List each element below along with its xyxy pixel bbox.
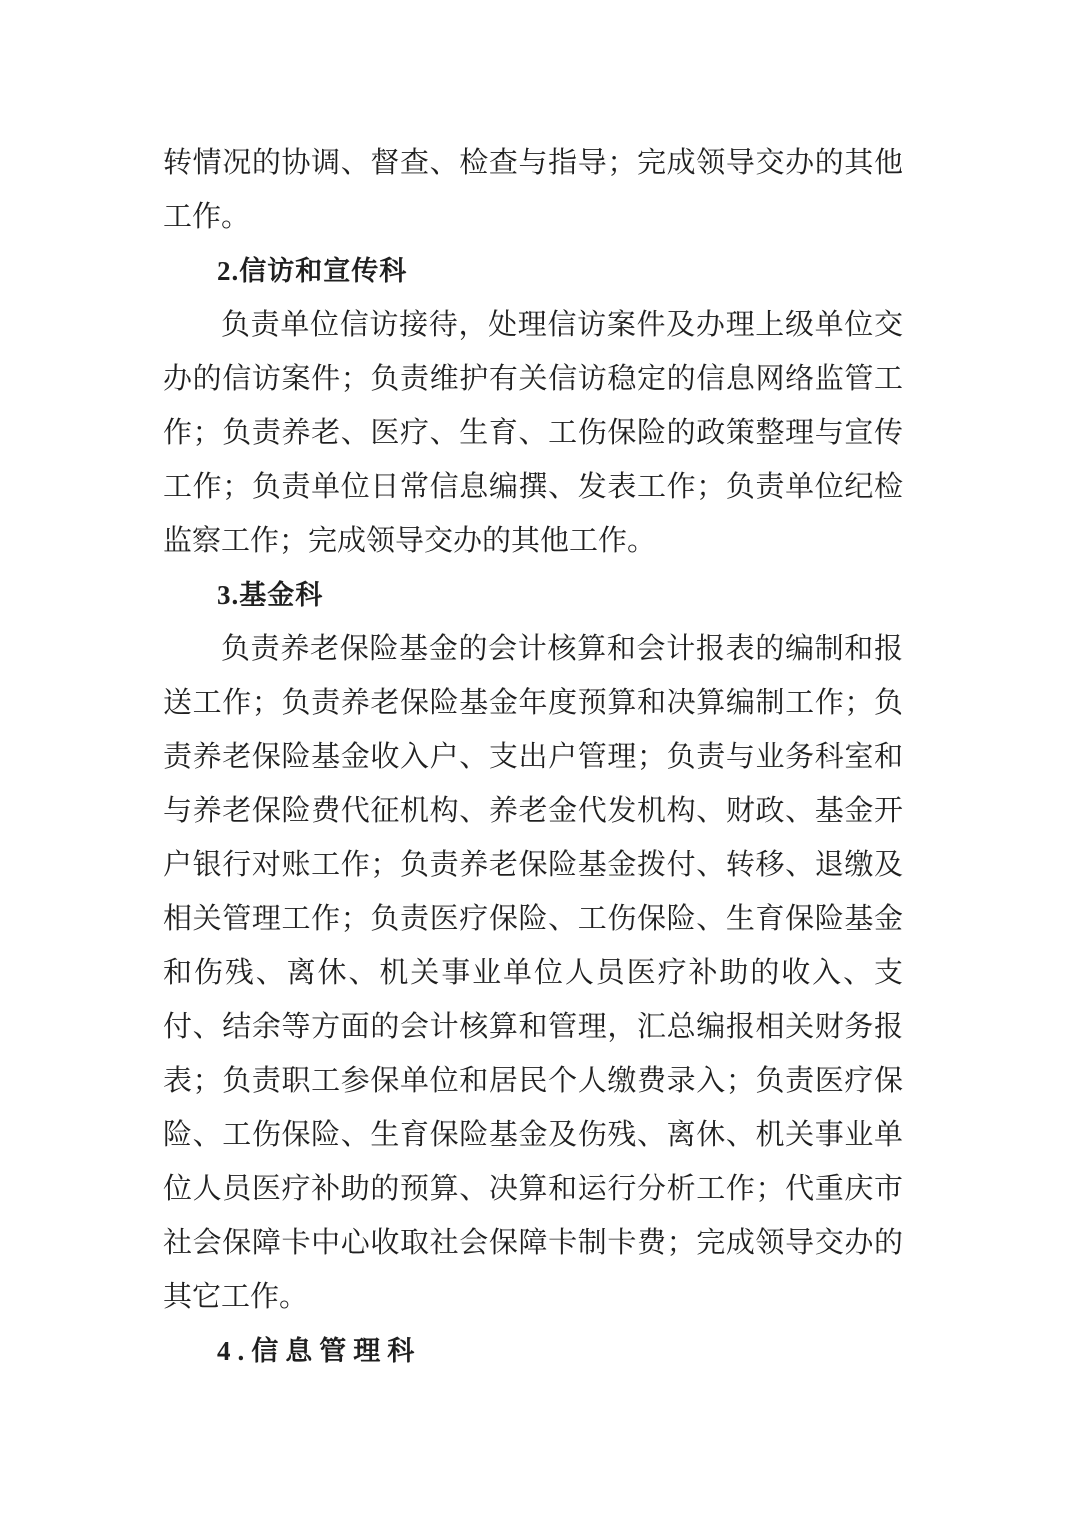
body-text-line: 其它工作。 [163,1270,903,1324]
body-text-line: 作；负责养老、医疗、生育、工伤保险的政策整理与宣传 [163,406,903,460]
body-text-line: 监察工作；完成领导交办的其他工作。 [163,514,903,568]
body-text-line: 转情况的协调、督查、检查与指导；完成领导交办的其他 [163,136,903,190]
body-text-line: 表；负责职工参保单位和居民个人缴费录入；负责医疗保 [163,1054,903,1108]
body-text-line: 户银行对账工作；负责养老保险基金拨付、转移、退缴及 [163,838,903,892]
body-text-line: 社会保障卡中心收取社会保障卡制卡费；完成领导交办的 [163,1216,903,1270]
body-text-line: 位人员医疗补助的预算、决算和运行分析工作；代重庆市 [163,1162,903,1216]
body-text-line: 工作；负责单位日常信息编撰、发表工作；负责单位纪检 [163,460,903,514]
body-text-line: 相关管理工作；负责医疗保险、工伤保险、生育保险基金 [163,892,903,946]
body-text-line: 险、工伤保险、生育保险基金及伤残、离休、机关事业单 [163,1108,903,1162]
section-heading: 3.基金科 [163,568,903,622]
body-text-line: 负责单位信访接待，处理信访案件及办理上级单位交 [163,298,903,352]
body-text-line: 和伤残、离休、机关事业单位人员医疗补助的收入、支 [163,946,903,1000]
text-content: 转情况的协调、督查、检查与指导；完成领导交办的其他工作。2.信访和宣传科负责单位… [163,136,903,1378]
section-heading: 2.信访和宣传科 [163,244,903,298]
body-text-line: 付、结余等方面的会计核算和管理，汇总编报相关财务报 [163,1000,903,1054]
body-text-line: 与养老保险费代征机构、养老金代发机构、财政、基金开 [163,784,903,838]
section-heading: 4.信息管理科 [163,1324,903,1378]
body-text-line: 送工作；负责养老保险基金年度预算和决算编制工作；负 [163,676,903,730]
body-text-line: 工作。 [163,190,903,244]
body-text-line: 负责养老保险基金的会计核算和会计报表的编制和报 [163,622,903,676]
body-text-line: 办的信访案件；负责维护有关信访稳定的信息网络监管工 [163,352,903,406]
document-page: 转情况的协调、督查、检查与指导；完成领导交办的其他工作。2.信访和宣传科负责单位… [0,0,1075,1520]
body-text-line: 责养老保险基金收入户、支出户管理；负责与业务科室和 [163,730,903,784]
